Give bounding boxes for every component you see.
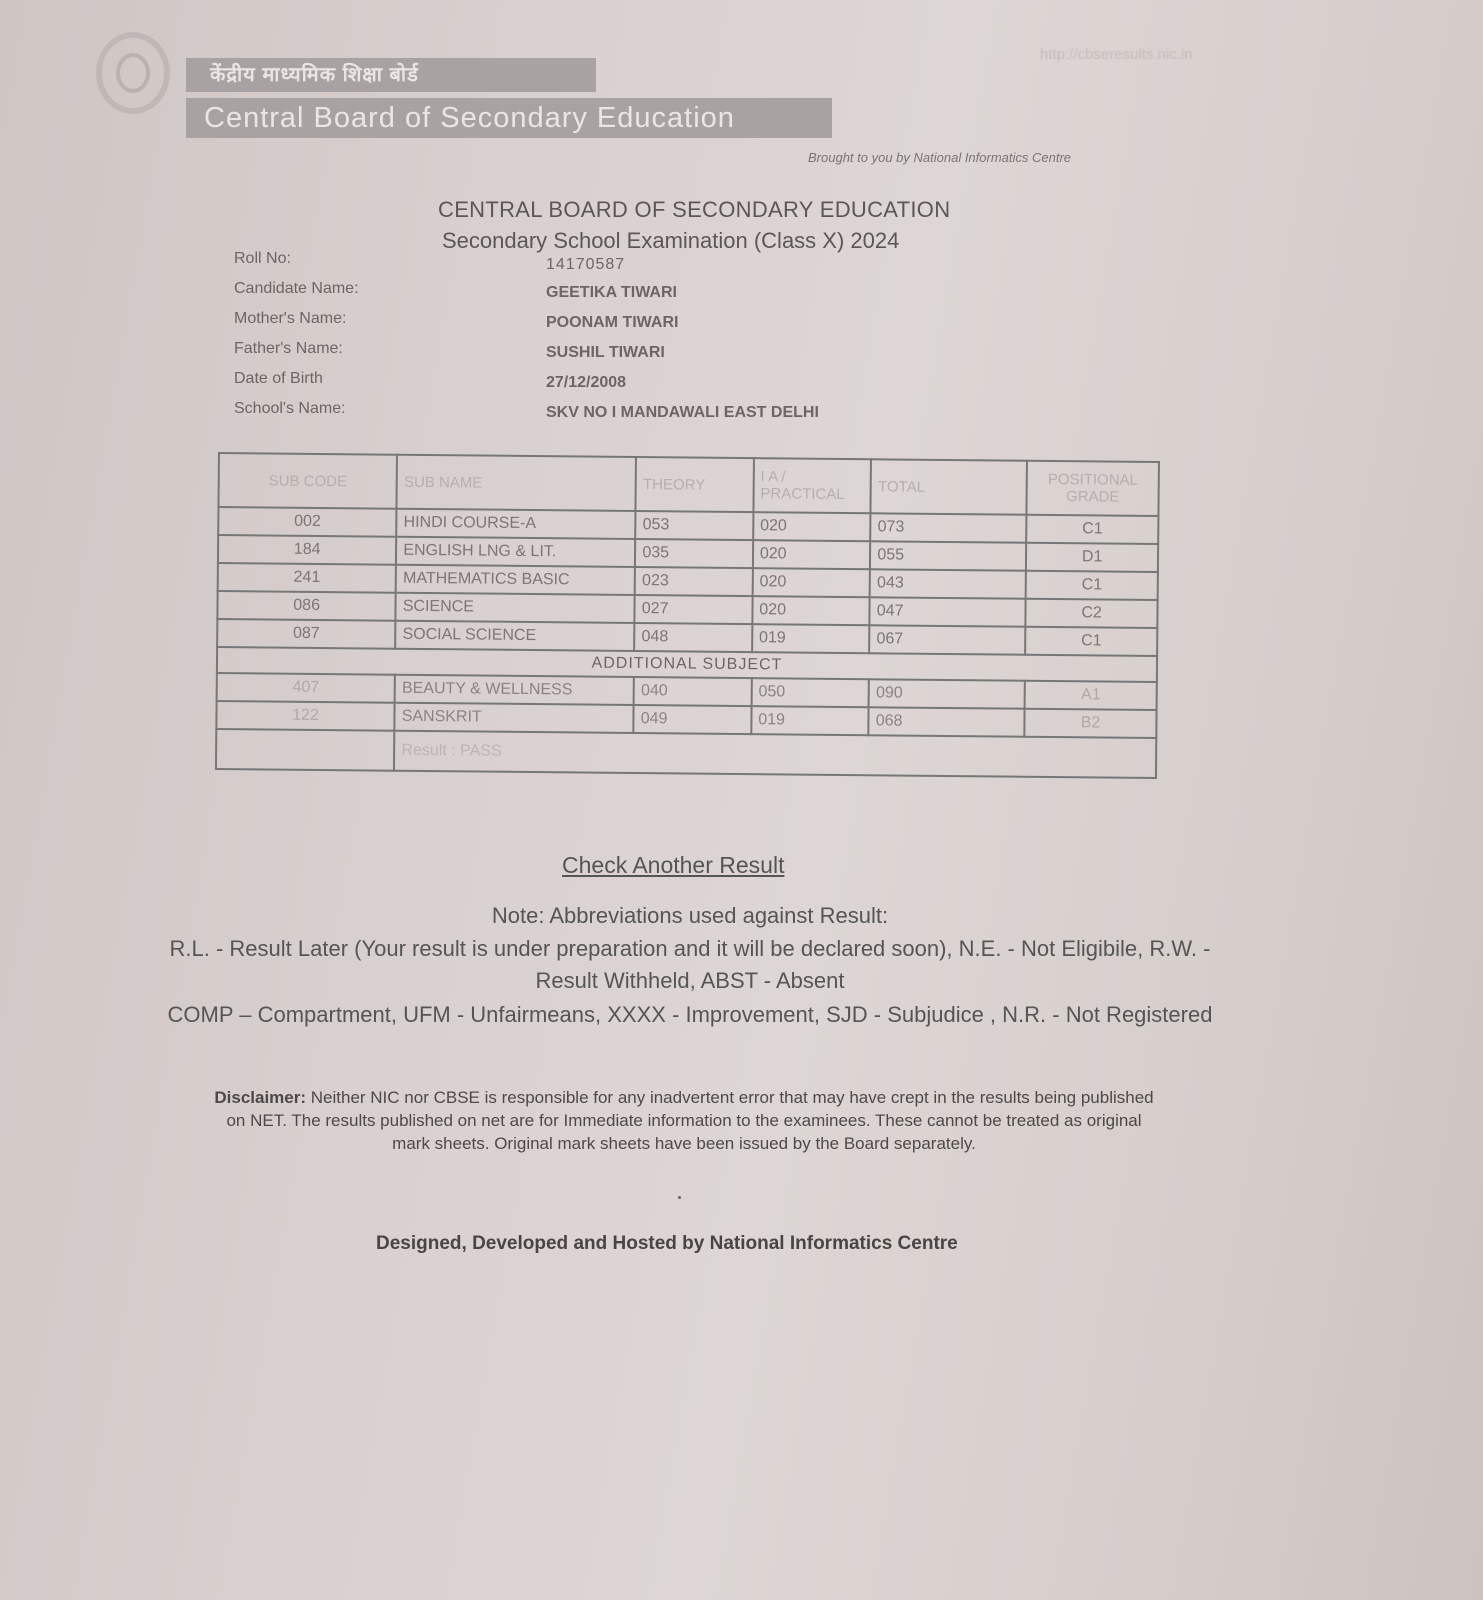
practical-cell: 019	[752, 624, 870, 653]
sub-name-cell: BEAUTY & WELLNESS	[395, 675, 634, 705]
grade-cell: D1	[1026, 543, 1158, 572]
header-grade: POSITIONAL GRADE	[1027, 461, 1159, 516]
total-cell: 043	[870, 569, 1026, 598]
father-name-label: Father's Name:	[234, 340, 534, 358]
sub-name-cell: SANSKRIT	[395, 703, 634, 733]
total-cell: 090	[869, 679, 1025, 708]
total-cell: 067	[869, 625, 1025, 654]
brought-by-text: Brought to you by National Informatics C…	[808, 150, 1071, 165]
result-row: Result : PASS	[216, 729, 1156, 778]
grade-cell: C2	[1026, 599, 1158, 628]
header-practical: I A / PRACTICAL	[753, 458, 871, 513]
candidate-name-label: Candidate Name:	[234, 280, 534, 298]
notes-line-3: COMP – Compartment, UFM - Unfairmeans, X…	[0, 1002, 1380, 1028]
dob-label: Date of Birth	[234, 370, 534, 388]
practical-cell: 020	[752, 568, 870, 597]
practical-cell: 020	[752, 596, 870, 625]
header-sub-name: SUB NAME	[397, 455, 637, 511]
sub-code-cell: 087	[217, 619, 396, 649]
footer-credit: Designed, Developed and Hosted by Nation…	[376, 1233, 958, 1255]
result-empty-cell	[216, 729, 395, 771]
practical-cell: 020	[753, 540, 871, 569]
total-cell: 055	[870, 541, 1026, 570]
emblem-inner	[116, 53, 150, 93]
separator-dot	[678, 1196, 681, 1199]
hindi-title-banner: केंद्रीय माध्यमिक शिक्षा बोर्ड	[186, 58, 596, 92]
sub-name-cell: ENGLISH LNG & LIT.	[396, 537, 635, 567]
grade-cell: C1	[1026, 515, 1158, 544]
grade-cell: C1	[1025, 627, 1157, 656]
sub-name-cell: SCIENCE	[396, 593, 635, 623]
practical-cell: 019	[751, 706, 869, 735]
header-total: TOTAL	[871, 459, 1027, 514]
theory-cell: 035	[635, 539, 753, 568]
sub-code-cell: 241	[218, 563, 397, 593]
header-theory: THEORY	[636, 457, 754, 512]
theory-cell: 023	[635, 567, 753, 596]
sub-name-cell: MATHEMATICS BASIC	[396, 565, 635, 595]
total-cell: 068	[869, 707, 1025, 736]
mother-name-value: POONAM TIWARI	[546, 314, 678, 332]
sub-code-cell: 122	[216, 701, 395, 731]
mother-name-label: Mother's Name:	[234, 310, 534, 328]
school-name-value: SKV NO I MANDAWALI EAST DELHI	[546, 404, 819, 422]
candidate-name-value: GEETIKA TIWARI	[546, 284, 677, 302]
board-heading: CENTRAL BOARD OF SECONDARY EDUCATION	[438, 197, 974, 223]
dob-value: 27/12/2008	[546, 374, 626, 392]
school-name-label: School's Name:	[234, 400, 534, 418]
english-title-banner: Central Board of Secondary Education	[186, 98, 832, 138]
notes-title: Note: Abbreviations used against Result:	[0, 903, 1380, 929]
notes-line-1: R.L. - Result Later (Your result is unde…	[0, 936, 1380, 962]
cbse-emblem-icon	[96, 32, 170, 114]
practical-cell: 050	[751, 678, 869, 707]
grade-cell: B2	[1025, 709, 1157, 738]
roll-value: 14170587	[546, 256, 625, 274]
total-cell: 047	[870, 597, 1026, 626]
sub-code-cell: 407	[217, 673, 396, 703]
theory-cell: 040	[634, 677, 752, 706]
sub-code-cell: 184	[218, 535, 397, 565]
total-cell: 073	[870, 513, 1026, 542]
page-url: http://cbseresults.nic.in	[1040, 46, 1193, 63]
theory-cell: 027	[635, 595, 753, 624]
header-sub-code: SUB CODE	[218, 453, 397, 509]
marks-table: SUB CODE SUB NAME THEORY I A / PRACTICAL…	[215, 452, 1160, 779]
disclaimer-text: Neither NIC nor CBSE is responsible for …	[226, 1088, 1153, 1153]
table-header-row: SUB CODE SUB NAME THEORY I A / PRACTICAL…	[218, 453, 1158, 516]
sub-name-cell: HINDI COURSE-A	[396, 509, 635, 539]
result-status: Result : PASS	[394, 731, 1156, 778]
father-name-value: SUSHIL TIWARI	[546, 344, 665, 362]
theory-cell: 048	[634, 623, 752, 652]
theory-cell: 049	[634, 705, 752, 734]
grade-cell: C1	[1026, 571, 1158, 600]
disclaimer: Disclaimer: Neither NIC nor CBSE is resp…	[208, 1086, 1160, 1155]
roll-label: Roll No:	[234, 250, 534, 268]
sub-code-cell: 086	[217, 591, 396, 621]
sub-code-cell: 002	[218, 507, 397, 537]
grade-cell: A1	[1025, 681, 1157, 710]
notes-line-2: Result Withheld, ABST - Absent	[0, 968, 1380, 994]
sub-name-cell: SOCIAL SCIENCE	[395, 621, 634, 651]
theory-cell: 053	[635, 511, 753, 540]
practical-cell: 020	[753, 512, 871, 541]
check-another-result-link[interactable]: Check Another Result	[562, 852, 784, 879]
disclaimer-label: Disclaimer:	[214, 1088, 306, 1107]
